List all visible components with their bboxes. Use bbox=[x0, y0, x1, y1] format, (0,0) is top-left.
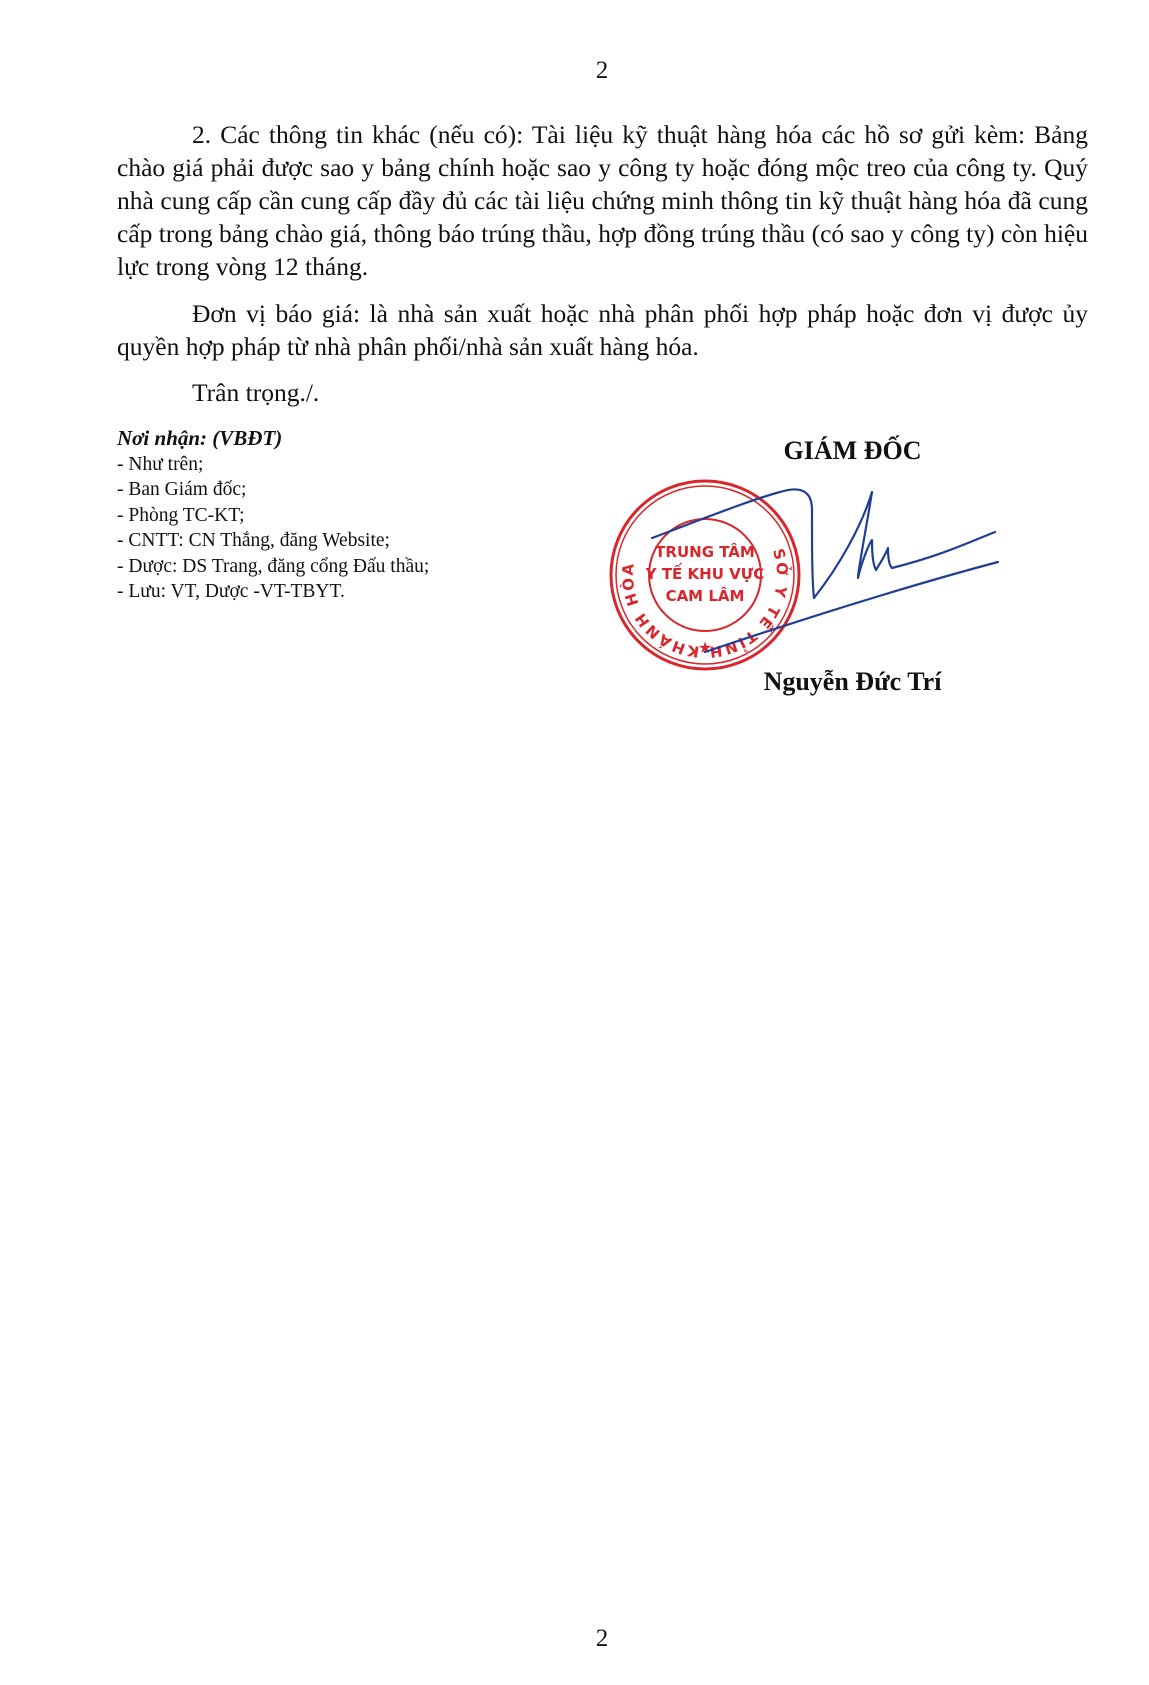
paragraph-quoting-unit: Đơn vị báo giá: là nhà sản xuất hoặc nhà… bbox=[117, 297, 1088, 363]
paragraph-other-info: 2. Các thông tin khác (nếu có): Tài liệu… bbox=[117, 118, 1088, 283]
page-number-bottom: 2 bbox=[0, 1625, 1149, 1653]
closing-salutation: Trân trọng./. bbox=[192, 378, 319, 408]
recipient-item: - Ban Giám đốc; bbox=[117, 477, 429, 503]
recipient-item: - Như trên; bbox=[117, 452, 429, 478]
paragraph-text: Đơn vị báo giá: là nhà sản xuất hoặc nhà… bbox=[117, 299, 1088, 361]
signer-name: Nguyễn Đức Trí bbox=[740, 667, 965, 697]
recipients-block: Nơi nhận: (VBĐT) - Như trên; - Ban Giám … bbox=[117, 426, 429, 605]
recipient-item: - CNTT: CN Thắng, đăng Website; bbox=[117, 528, 429, 554]
page-number-top: 2 bbox=[0, 57, 1149, 85]
signature bbox=[600, 470, 1020, 680]
recipients-title: Nơi nhận: (VBĐT) bbox=[117, 426, 429, 452]
recipient-item: - Phòng TC-KT; bbox=[117, 503, 429, 529]
signer-title: GIÁM ĐỐC bbox=[760, 436, 945, 466]
paragraph-text: 2. Các thông tin khác (nếu có): Tài liệu… bbox=[117, 120, 1088, 281]
recipient-item: - Dược: DS Trang, đăng cổng Đấu thầu; bbox=[117, 554, 429, 580]
recipient-item: - Lưu: VT, Dược -VT-TBYT. bbox=[117, 579, 429, 605]
